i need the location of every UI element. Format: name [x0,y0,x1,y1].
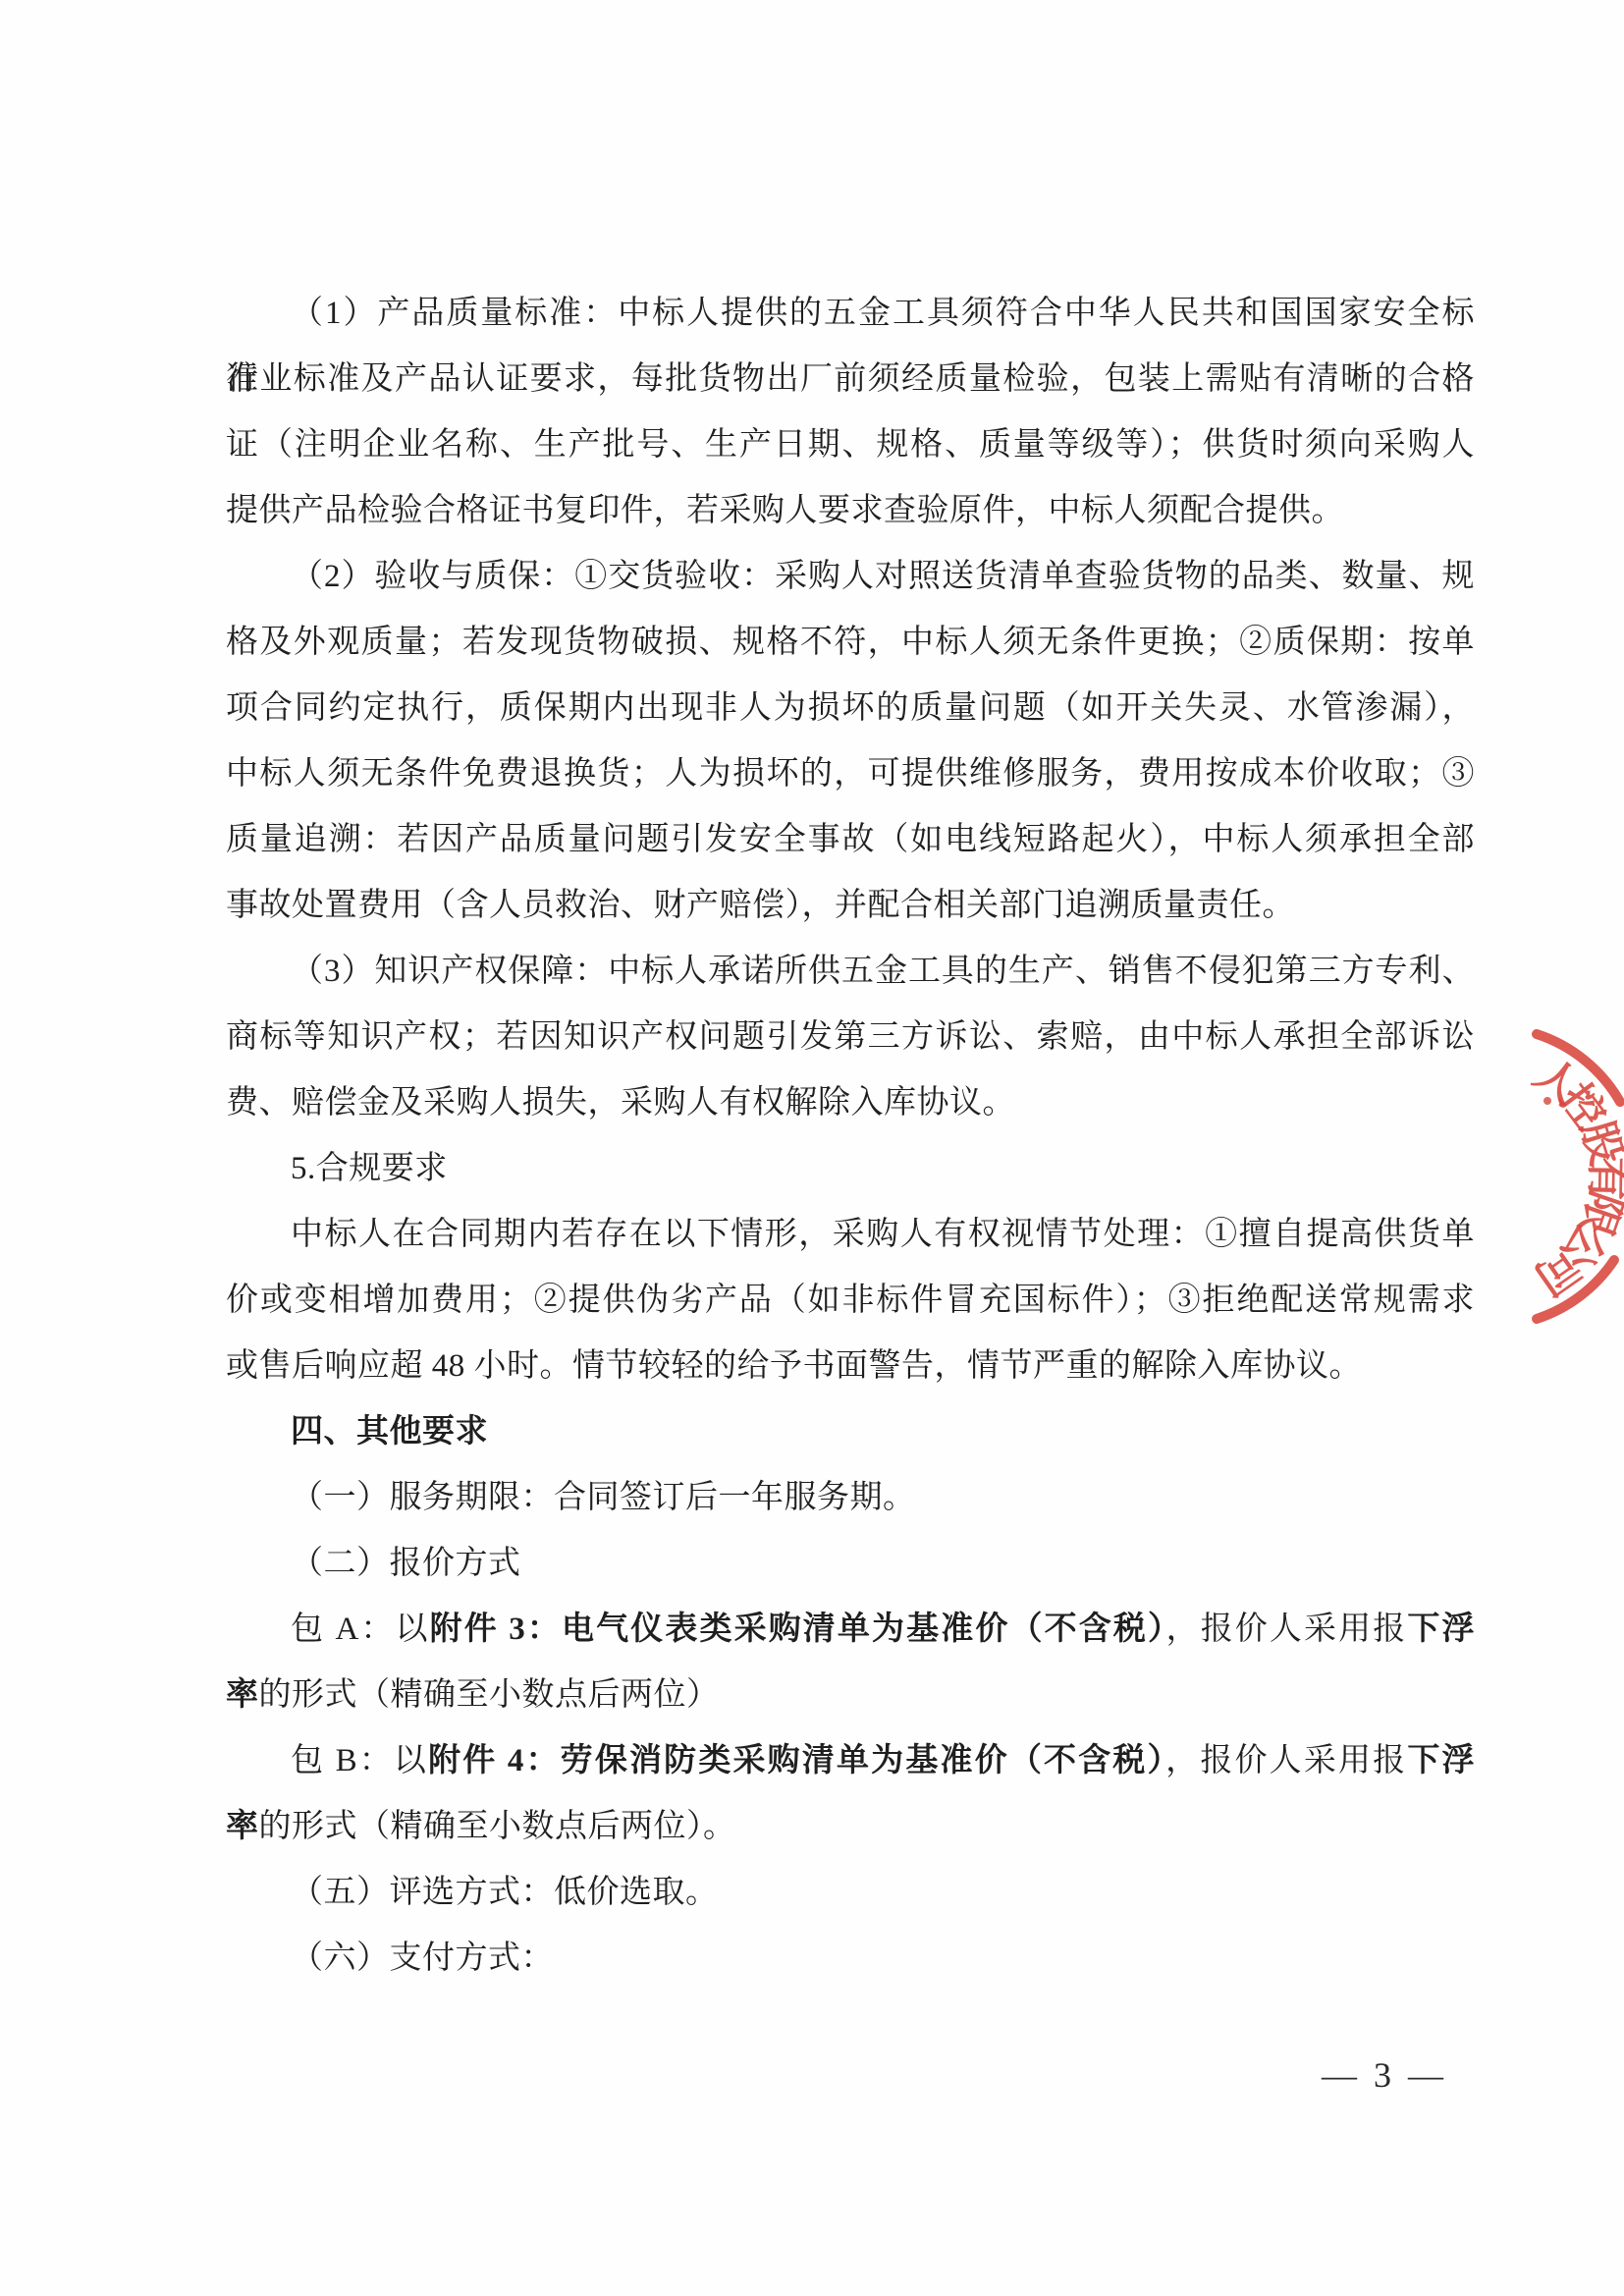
document-page: （1）产品质量标准：中标人提供的五金工具须符合中华人民共和国国家安全标准、行业标… [0,0,1624,2296]
text-line: 事故处置费用（含人员救治、财产赔偿），并配合相关部门追溯质量责任。 [226,873,1475,939]
text-segment: （一）服务期限：合同签订后一年服务期。 [291,1480,916,1515]
text-line: 证（注明企业名称、生产批号、生产日期、规格、质量等级等）；供货时须向采购人 [226,412,1475,478]
bold-text-segment: 四、其他要求 [291,1414,488,1449]
seal-ink-dot [1543,1097,1551,1105]
text-segment: 包 A：以 [291,1612,430,1647]
text-line: 率的形式（精确至小数点后两位）。 [226,1794,1475,1860]
bold-text-segment: 率 [226,1677,259,1713]
text-segment: 质量追溯：若因产品质量问题引发安全事故（如电线短路起火），中标人须承担全部 [226,822,1475,857]
text-line: （二）报价方式 [226,1531,1475,1597]
text-segment: 的形式（精确至小数点后两位）。 [259,1809,736,1844]
text-segment: （五）评选方式：低价选取。 [291,1875,719,1910]
text-line: 中标人在合同期内若存在以下情形，采购人有权视情节处理：①擅自提高供货单 [226,1202,1475,1268]
text-segment: 格及外观质量；若发现货物破损、规格不符，中标人须无条件更换；②质保期：按单 [226,625,1475,660]
text-segment: 证（注明企业名称、生产批号、生产日期、规格、质量等级等）；供货时须向采购人 [226,427,1475,463]
seal-character: 公 [1550,1215,1615,1279]
seal-ring-arc [1537,1260,1614,1319]
text-segment: （2）验收与质保：①交货验收：采购人对照送货清单查验货物的品类、数量、规 [291,559,1475,594]
bold-text-segment: 下浮 [1407,1743,1475,1778]
text-line: 5.合规要求 [226,1136,1475,1202]
text-segment: 事故处置费用（含人员救治、财产赔偿），并配合相关部门追溯质量责任。 [226,888,1295,923]
text-segment: （二）报价方式 [291,1546,521,1581]
text-line: （六）支付方式： [226,1926,1475,1992]
seal-character: 有 [1582,1157,1624,1201]
seal-character: 股 [1572,1116,1624,1171]
seal-character: 司 [1526,1239,1589,1303]
text-line: 格及外观质量；若发现货物破损、规格不符，中标人须无条件更换；②质保期：按单 [226,610,1475,676]
text-segment: 或售后响应超 48 小时。情节较轻的给予书面警告，情节严重的解除入库协议。 [226,1348,1362,1384]
text-line: 价或变相增加费用；②提供伪劣产品（如非标件冒充国标件）；③拒绝配送常规需求 [226,1268,1475,1334]
text-line: 中标人须无条件免费退换货；人为损坏的，可提供维修服务，费用按成本价收取；③ [226,741,1475,807]
text-segment: ，报价人采用报 [1165,1743,1407,1778]
text-segment: ，报价人采用报 [1166,1612,1408,1647]
text-line: 商标等知识产权；若因知识产权问题引发第三方诉讼、索赔，由中标人承担全部诉讼 [226,1005,1475,1070]
text-line: 质量追溯：若因产品质量问题引发安全事故（如电线短路起火），中标人须承担全部 [226,807,1475,873]
text-segment: 包 B：以 [291,1743,428,1778]
seal-character: 限 [1571,1185,1624,1242]
bold-text-segment: 附件 3：电气仪表类采购清单为基准价（不含税） [430,1612,1166,1647]
text-line: 包 B：以附件 4：劳保消防类采购清单为基准价（不含税），报价人采用报下浮 [226,1728,1475,1794]
seal-ring-arc [1537,1034,1620,1102]
text-segment: 的形式（精确至小数点后两位） [259,1677,720,1713]
seal-character: 控 [1550,1075,1615,1139]
text-segment: 中标人在合同期内若存在以下情形，采购人有权视情节处理：①擅自提高供货单 [291,1217,1475,1252]
text-segment: 项合同约定执行，质保期内出现非人为损坏的质量问题（如开关失灵、水管渗漏）， [226,690,1475,726]
seal-character: 人 [1526,1049,1589,1113]
text-segment: 中标人须无条件免费退换货；人为损坏的，可提供维修服务，费用按成本价收取；③ [226,756,1475,792]
text-line: （1）产品质量标准：中标人提供的五金工具须符合中华人民共和国国家安全标准、 [226,281,1475,347]
text-segment: 行业标准及产品认证要求，每批货物出厂前须经质量检验，包装上需贴有清晰的合格 [226,361,1475,397]
page-number: — 3 — [1276,2054,1492,2096]
text-segment: 费、赔偿金及采购人损失，采购人有权解除入库协议。 [226,1085,1015,1121]
text-segment: （3）知识产权保障：中标人承诺所供五金工具的生产、销售不侵犯第三方专利、 [291,954,1475,989]
bold-text-segment: 下浮 [1407,1612,1475,1647]
text-line: 行业标准及产品认证要求，每批货物出厂前须经质量检验，包装上需贴有清晰的合格 [226,347,1475,412]
text-line: 项合同约定执行，质保期内出现非人为损坏的质量问题（如开关失灵、水管渗漏）， [226,676,1475,741]
text-line: （一）服务期限：合同签订后一年服务期。 [226,1465,1475,1531]
text-line: 提供产品检验合格证书复印件，若采购人要求查验原件，中标人须配合提供。 [226,478,1475,544]
text-line: （2）验收与质保：①交货验收：采购人对照送货清单查验货物的品类、数量、规 [226,544,1475,610]
text-segment: 5.合规要求 [291,1151,448,1186]
text-line: 或售后响应超 48 小时。情节较轻的给予书面警告，情节严重的解除入库协议。 [226,1334,1475,1399]
text-segment: 提供产品检验合格证书复印件，若采购人要求查验原件，中标人须配合提供。 [226,493,1344,528]
text-line: （五）评选方式：低价选取。 [226,1860,1475,1926]
text-line: 率的形式（精确至小数点后两位） [226,1663,1475,1728]
text-line: 四、其他要求 [226,1399,1475,1465]
document-body: （1）产品质量标准：中标人提供的五金工具须符合中华人民共和国国家安全标准、行业标… [226,281,1475,1992]
text-line: 费、赔偿金及采购人损失，采购人有权解除入库协议。 [226,1070,1475,1136]
bold-text-segment: 附件 4：劳保消防类采购清单为基准价（不含税） [428,1743,1165,1778]
text-line: （3）知识产权保障：中标人承诺所供五金工具的生产、销售不侵犯第三方专利、 [226,939,1475,1005]
text-segment: 价或变相增加费用；②提供伪劣产品（如非标件冒充国标件）；③拒绝配送常规需求 [226,1283,1475,1318]
text-segment: （六）支付方式： [291,1941,554,1976]
text-segment: 商标等知识产权；若因知识产权问题引发第三方诉讼、索赔，由中标人承担全部诉讼 [226,1019,1475,1055]
text-line: 包 A：以附件 3：电气仪表类采购清单为基准价（不含税），报价人采用报下浮 [226,1597,1475,1663]
bold-text-segment: 率 [226,1809,259,1844]
